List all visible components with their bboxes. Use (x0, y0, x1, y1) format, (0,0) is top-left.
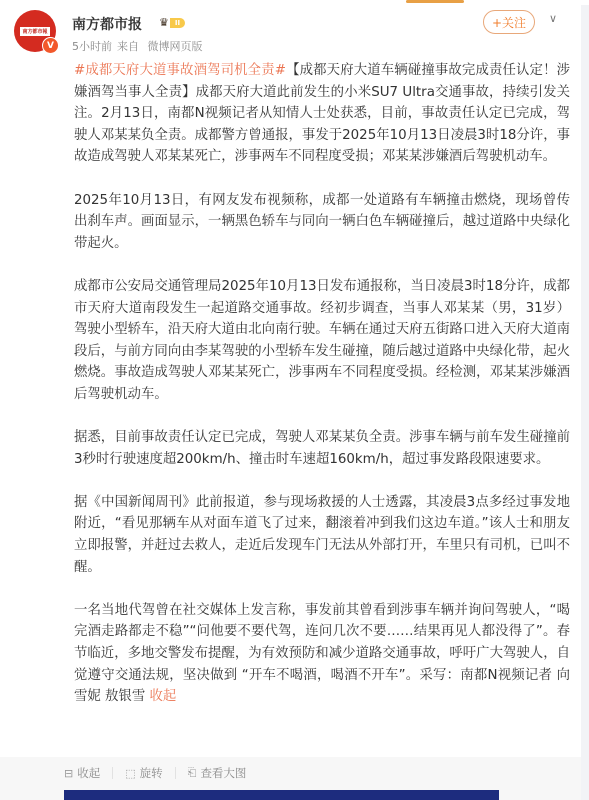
view-large-icon: ⎗ (188, 766, 197, 780)
right-side-panel (581, 5, 589, 800)
paragraph-3: 成都市公安局交通管理局2025年10月13日发布通报称，当日凌晨3时18分许，成… (74, 276, 570, 406)
tool-label: 旋转 (140, 765, 163, 781)
collapse-text-link[interactable]: 收起 (149, 689, 176, 704)
post-source: 微博网页版 (148, 40, 203, 53)
verified-icon: V (42, 37, 59, 54)
avatar[interactable]: 南方都市報 V (14, 10, 56, 52)
chevron-down-icon[interactable]: ∨ (549, 12, 557, 25)
collapse-image-button[interactable]: ⊟ 收起 (64, 765, 100, 781)
rotate-icon: ⬚ (125, 767, 135, 780)
member-level-badge[interactable]: ♛ II (159, 16, 185, 29)
topic-hashtag-link[interactable]: #成都天府大道事故酒驾司机全责# (74, 63, 286, 78)
post-meta: 5小时前来自 微博网页版 (72, 38, 208, 54)
paragraph-6: 一名当地代驾曾在社交媒体上发言称，事发前其曾看到涉事车辆并询问驾驶人，“喝完酒走… (74, 600, 570, 708)
follow-button[interactable]: +关注 (483, 10, 535, 34)
avatar-logo: 南方都市報 (20, 27, 49, 36)
post-header: 南方都市報 V 南方都市报 ♛ II 5小时前来自 微博网页版 +关注 ∨ (14, 8, 575, 58)
rotate-button[interactable]: ⬚ 旋转 (125, 765, 162, 781)
paragraph-2: 2025年10月13日，有网友发布视频称，成都一处道路有车辆撞击燃烧，现场曾传出… (74, 190, 570, 255)
view-large-image-button[interactable]: ⎗ 查看大图 (188, 765, 247, 781)
paragraph-5: 据《中国新闻周刊》此前报道，参与现场救援的人士透露，其凌晨3点多经过事发地附近，… (74, 492, 570, 578)
level-label: II (170, 18, 185, 28)
post-body: #成都天府大道事故酒驾司机全责#【成都天府大道车辆碰撞事故完成责任认定！涉嫌酒驾… (74, 60, 570, 729)
author-name[interactable]: 南方都市报 (72, 14, 142, 34)
tool-label: 查看大图 (200, 765, 246, 781)
post-image[interactable] (64, 790, 499, 800)
post-time[interactable]: 5小时前 (72, 40, 112, 53)
paragraph-text: 【成都天府大道车辆碰撞事故完成责任认定！涉嫌酒驾当事人全责】成都天府大道此前发生… (74, 63, 570, 164)
divider (175, 767, 176, 779)
paragraph-4: 据悉，目前事故责任认定已完成，驾驶人邓某某负全责。涉事车辆与前车发生碰撞前3秒时… (74, 427, 570, 470)
divider (112, 767, 113, 779)
tool-label: 收起 (77, 765, 100, 781)
paragraph-1: #成都天府大道事故酒驾司机全责#【成都天府大道车辆碰撞事故完成责任认定！涉嫌酒驾… (74, 60, 570, 168)
tab-active-indicator (406, 0, 464, 3)
source-prefix: 来自 (117, 40, 139, 53)
crown-icon: ♛ (159, 16, 169, 29)
collapse-icon: ⊟ (64, 767, 73, 780)
